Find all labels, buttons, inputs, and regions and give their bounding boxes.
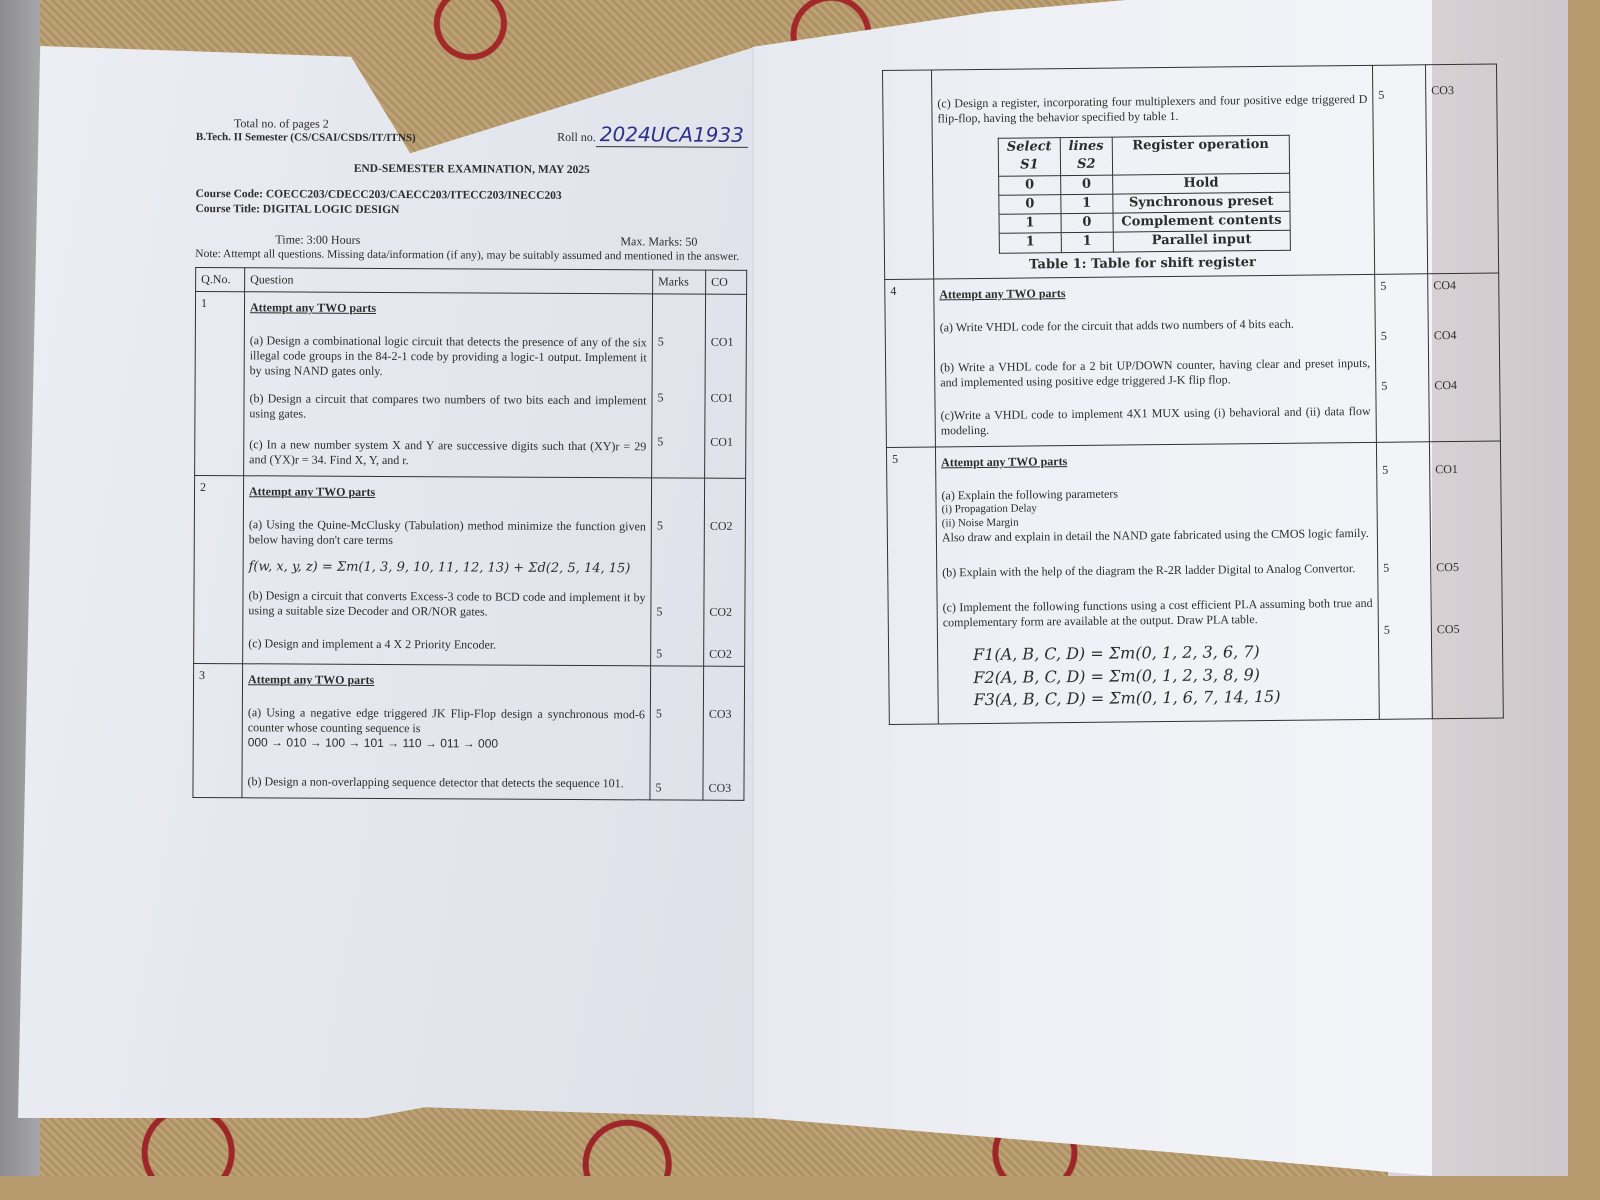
reg-s2: 0 bbox=[1060, 175, 1112, 195]
reg-header-select: Select bbox=[998, 138, 1060, 157]
reg-s2: 0 bbox=[1061, 213, 1113, 233]
question-instruction: Attempt any TWO parts bbox=[250, 301, 647, 318]
roll-label: Roll no. bbox=[557, 130, 596, 144]
part-co: CO5 bbox=[1437, 621, 1497, 637]
question-row: 2 Attempt any TWO parts (a) Using the Qu… bbox=[194, 476, 746, 667]
part-marks: 5 bbox=[655, 781, 697, 796]
question-part: (c)Write a VHDL code to implement 4X1 MU… bbox=[941, 404, 1371, 439]
header-qno: Q.No. bbox=[196, 268, 245, 292]
part-co: CO1 bbox=[711, 335, 741, 391]
header-question: Question bbox=[245, 268, 653, 294]
reg-op: Synchronous preset bbox=[1113, 192, 1290, 213]
header-marks: Marks bbox=[653, 270, 706, 294]
part-marks: 5 bbox=[1378, 87, 1420, 102]
question-instruction: Attempt any TWO parts bbox=[248, 673, 645, 690]
question-row: 3 Attempt any TWO parts (a) Using a nega… bbox=[193, 664, 745, 801]
part-marks: 5 bbox=[1381, 378, 1423, 393]
question-instruction: Attempt any TWO parts bbox=[941, 451, 1371, 471]
reg-s2: 1 bbox=[1061, 232, 1113, 252]
reg-table-row: 1 1 Parallel input bbox=[999, 230, 1290, 252]
question-number: 5 bbox=[886, 447, 938, 725]
pla-functions: F1(A, B, C, D) = Σm(0, 1, 2, 3, 6, 7) F2… bbox=[973, 640, 1374, 711]
question-number: 4 bbox=[885, 279, 936, 448]
exam-note: Note: Attempt all questions. Missing dat… bbox=[195, 247, 747, 264]
reg-s1: 0 bbox=[999, 194, 1061, 214]
reg-op: Parallel input bbox=[1113, 230, 1290, 251]
question-part: (c) Design a register, incorporating fou… bbox=[937, 92, 1367, 127]
question-part: (b) Design a non-overlapping sequence de… bbox=[247, 775, 644, 792]
question-part: (a) Design a combinational logic circuit… bbox=[250, 334, 647, 381]
register-operation-table: Select lines Register operation S1 S2 0 … bbox=[998, 135, 1291, 254]
question-table-page-1: Q.No. Question Marks CO 1 Attempt any TW… bbox=[192, 267, 747, 801]
question-part: (a) Using the Quine-McClusky (Tabulation… bbox=[249, 518, 646, 550]
part-co: CO3 bbox=[709, 707, 739, 781]
part-marks: 5 bbox=[656, 707, 698, 781]
question-part: (c) In a new number system X and Y are s… bbox=[249, 438, 646, 470]
question-part: (c) Implement the following functions us… bbox=[943, 596, 1373, 631]
part-marks: 5 bbox=[1382, 462, 1425, 560]
question-instruction: Attempt any TWO parts bbox=[249, 485, 646, 502]
part-marks: 5 bbox=[656, 647, 698, 662]
question-part: (a) Using a negative edge triggered JK F… bbox=[248, 706, 645, 738]
part-marks: 5 bbox=[656, 519, 698, 605]
question-number: 1 bbox=[195, 292, 245, 476]
question-row: 4 Attempt any TWO parts (a) Write VHDL c… bbox=[885, 273, 1501, 447]
total-pages: Total no. of pages 2 bbox=[196, 116, 416, 132]
part-co: CO2 bbox=[709, 605, 739, 647]
header-co: CO bbox=[706, 270, 747, 294]
reg-header-s1: S1 bbox=[998, 156, 1060, 175]
part-co: CO4 bbox=[1434, 377, 1494, 393]
part-co: CO3 bbox=[708, 781, 738, 796]
question-row: 1 Attempt any TWO parts (a) Design a com… bbox=[195, 292, 747, 479]
reg-s1: 1 bbox=[999, 214, 1061, 234]
roll-number: Roll no.2024UCA1933 bbox=[557, 122, 748, 148]
question-part: (b) Design a circuit that compares two n… bbox=[249, 392, 646, 424]
reg-header-operation: Register operation bbox=[1112, 135, 1290, 174]
part-co: CO1 bbox=[710, 391, 740, 435]
part-marks: 5 bbox=[657, 435, 699, 450]
question-instruction: Attempt any TWO parts bbox=[939, 283, 1369, 303]
part-co: CO1 bbox=[710, 435, 740, 450]
boolean-function: f(w, x, y, z) = Σm(1, 3, 9, 10, 11, 12, … bbox=[249, 560, 646, 578]
part-marks: 5 bbox=[658, 335, 700, 391]
part-co: CO2 bbox=[709, 647, 739, 662]
question-row: 5 Attempt any TWO parts (a) Explain the … bbox=[886, 441, 1503, 725]
part-marks: 5 bbox=[1380, 278, 1423, 328]
part-marks: 5 bbox=[1384, 622, 1426, 637]
question-part: (a) Write VHDL code for the circuit that… bbox=[940, 316, 1370, 336]
exam-time: Time: 3:00 Hours bbox=[195, 232, 360, 248]
reg-op: Complement contents bbox=[1113, 211, 1290, 232]
exam-page-1: Total no. of pages 2 B.Tech. II Semester… bbox=[192, 116, 748, 801]
part-marks: 5 bbox=[657, 391, 699, 435]
question-part: (b) Explain with the help of the diagram… bbox=[942, 561, 1372, 581]
part-marks: 5 bbox=[1381, 328, 1424, 378]
course-title: Course Title: DIGITAL LOGIC DESIGN bbox=[195, 201, 747, 218]
program-line: B.Tech. II Semester (CS/CSAI/CSDS/IT/ITN… bbox=[196, 131, 416, 146]
reg-op: Hold bbox=[1112, 173, 1289, 194]
reg-s1: 1 bbox=[999, 233, 1061, 253]
question-table-page-2: (c) Design a register, incorporating fou… bbox=[882, 64, 1504, 726]
question-part: (b) Design a circuit that converts Exces… bbox=[248, 588, 645, 620]
paper-fold bbox=[752, 40, 754, 1120]
roll-value-handwritten: 2024UCA1933 bbox=[596, 122, 748, 148]
part-co: CO4 bbox=[1434, 327, 1495, 378]
question-part: (b) Write a VHDL code for a 2 bit UP/DOW… bbox=[940, 356, 1370, 391]
reg-header-s2: S2 bbox=[1060, 156, 1112, 175]
reg-s1: 0 bbox=[999, 175, 1061, 195]
question-number: 3 bbox=[193, 664, 243, 798]
pla-function: F3(A, B, C, D) = Σm(0, 1, 6, 7, 14, 15) bbox=[973, 685, 1373, 712]
question-row-continued: (c) Design a register, incorporating fou… bbox=[883, 64, 1499, 279]
max-marks: Max. Marks: 50 bbox=[620, 234, 747, 250]
table-header-row: Q.No. Question Marks CO bbox=[196, 268, 747, 295]
part-co: CO2 bbox=[709, 519, 739, 605]
question-number: 2 bbox=[194, 476, 244, 664]
part-marks: 5 bbox=[656, 605, 698, 647]
table-caption: Table 1: Table for shift register bbox=[1029, 253, 1369, 273]
part-marks: 5 bbox=[1383, 560, 1426, 622]
part-co: CO5 bbox=[1436, 559, 1497, 622]
exam-title: END-SEMESTER EXAMINATION, MAY 2025 bbox=[196, 161, 748, 178]
exam-page-2: (c) Design a register, incorporating fou… bbox=[882, 64, 1504, 726]
counting-sequence: 000 → 010 → 100 → 101 → 110 → 011 → 000 bbox=[248, 736, 498, 751]
reg-s2: 1 bbox=[1061, 194, 1113, 214]
part-co: CO4 bbox=[1433, 277, 1494, 328]
question-part: (c) Design and implement a 4 X 2 Priorit… bbox=[248, 636, 645, 653]
reg-header-lines: lines bbox=[1060, 137, 1112, 156]
part-co: CO1 bbox=[1435, 461, 1496, 560]
part-co: CO3 bbox=[1431, 83, 1491, 99]
question-part-continued: Also draw and explain in detail the NAND… bbox=[942, 526, 1372, 546]
